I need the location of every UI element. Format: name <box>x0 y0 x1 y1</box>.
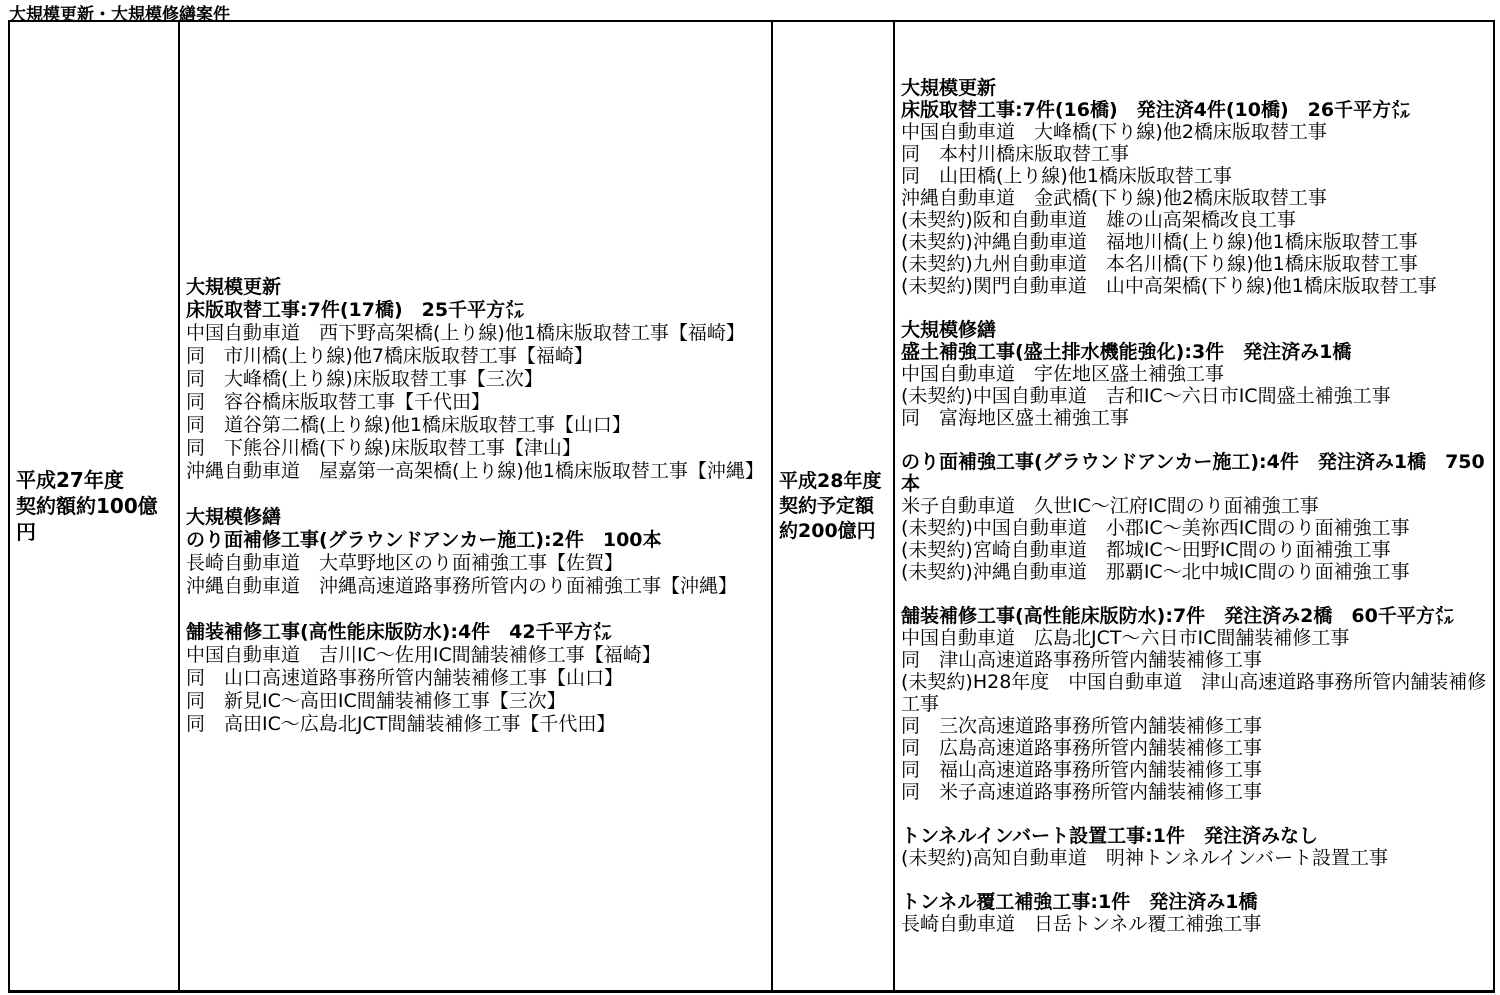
text-line <box>901 869 1488 891</box>
text-line: 米子自動車道 久世IC～江府IC間のり面補強工事 <box>901 495 1488 517</box>
text-line: 同 本村川橋床版取替工事 <box>901 143 1488 165</box>
text-line: (未契約)宮崎自動車道 都城IC～田野IC間のり面補強工事 <box>901 539 1488 561</box>
text-line: (未契約)高知自動車道 明神トンネルインバート設置工事 <box>901 847 1488 869</box>
section-heading-line: 大規模修繕 <box>901 319 1488 341</box>
text-line: 同 新見IC～高田IC間舗装補修工事【三次】 <box>186 690 766 713</box>
section-heading-line: のり面補強工事(グラウンドアンカー施工):4件 発注済み1橋 750本 <box>901 451 1488 495</box>
cell-h28-fiscal-year-label: 平成28年度契約予定額約200億円 <box>773 22 895 990</box>
text-line: 中国自動車道 宇佐地区盛土補強工事 <box>901 363 1488 385</box>
text-line: 沖縄自動車道 屋嘉第一高架橋(上り線)他1橋床版取替工事【沖縄】 <box>186 460 766 483</box>
text-line <box>901 803 1488 825</box>
text-line: 同 三次高速道路事務所管内舗装補修工事 <box>901 715 1488 737</box>
text-line: (未契約)沖縄自動車道 那覇IC～北中城IC間のり面補強工事 <box>901 561 1488 583</box>
section-heading-line: 大規模更新 <box>186 276 766 299</box>
text-line: 中国自動車道 広島北JCT～六日市IC間舗装補修工事 <box>901 627 1488 649</box>
text-line <box>901 297 1488 319</box>
text-line: 同 津山高速道路事務所管内舗装補修工事 <box>901 649 1488 671</box>
section-heading-line: 舗装補修工事(高性能床版防水):4件 42千平方㍍ <box>186 621 766 644</box>
section-heading-line: 契約額約100億円 <box>16 493 173 545</box>
cell-h27-fiscal-year-label: 平成27年度契約額約100億円 <box>10 22 180 990</box>
text-line: 同 富海地区盛土補強工事 <box>901 407 1488 429</box>
text-line: 同 高田IC～広島北JCT間舗装補修工事【千代田】 <box>186 713 766 736</box>
text-line <box>901 583 1488 605</box>
text-line: 同 米子高速道路事務所管内舗装補修工事 <box>901 781 1488 803</box>
text-line: 沖縄自動車道 沖縄高速道路事務所管内のり面補強工事【沖縄】 <box>186 575 766 598</box>
text-line <box>901 429 1488 451</box>
text-line: 同 山田橋(上り線)他1橋床版取替工事 <box>901 165 1488 187</box>
section-heading-line: トンネルインバート設置工事:1件 発注済みなし <box>901 825 1488 847</box>
text-line: (未契約)H28年度 中国自動車道 津山高速道路事務所管内舗装補修工事 <box>901 671 1488 715</box>
section-heading-line: トンネル覆工補強工事:1件 発注済み1橋 <box>901 891 1488 913</box>
section-heading-line: 平成27年度 <box>16 467 173 493</box>
text-line: 同 大峰橋(上り線)床版取替工事【三次】 <box>186 368 766 391</box>
text-line: (未契約)阪和自動車道 雄の山高架橋改良工事 <box>901 209 1488 231</box>
text-line: 中国自動車道 西下野高架橋(上り線)他1橋床版取替工事【福崎】 <box>186 322 766 345</box>
text-line: (未契約)関門自動車道 山中高架橋(下り線)他1橋床版取替工事 <box>901 275 1488 297</box>
text-line: (未契約)沖縄自動車道 福地川橋(上り線)他1橋床版取替工事 <box>901 231 1488 253</box>
text-line: 中国自動車道 吉川IC～佐用IC間舗装補修工事【福崎】 <box>186 644 766 667</box>
text-line <box>186 483 766 506</box>
section-heading-line: 大規模修繕 <box>186 506 766 529</box>
section-heading-line: 平成28年度 <box>779 469 888 494</box>
text-line: 長崎自動車道 日岳トンネル覆工補強工事 <box>901 913 1488 935</box>
text-line: 長崎自動車道 大草野地区のり面補強工事【佐賀】 <box>186 552 766 575</box>
section-heading-line: 舗装補修工事(高性能床版防水):7件 発注済み2橋 60千平方㍍ <box>901 605 1488 627</box>
section-heading-line: 契約予定額 <box>779 494 888 519</box>
text-line: 中国自動車道 大峰橋(下り線)他2橋床版取替工事 <box>901 121 1488 143</box>
section-heading-line: 床版取替工事:7件(16橋) 発注済4件(10橋) 26千平方㍍ <box>901 99 1488 121</box>
text-line: 同 容谷橋床版取替工事【千代田】 <box>186 391 766 414</box>
cell-h28-project-details: 大規模更新床版取替工事:7件(16橋) 発注済4件(10橋) 26千平方㍍中国自… <box>895 22 1493 990</box>
text-line: 同 道谷第二橋(上り線)他1橋床版取替工事【山口】 <box>186 414 766 437</box>
text-line: (未契約)九州自動車道 本名川橋(下り線)他1橋床版取替工事 <box>901 253 1488 275</box>
text-line: (未契約)中国自動車道 吉和IC～六日市IC間盛土補強工事 <box>901 385 1488 407</box>
text-line: 同 広島高速道路事務所管内舗装補修工事 <box>901 737 1488 759</box>
section-heading-line: 約200億円 <box>779 519 888 544</box>
section-heading-line: のり面補修工事(グラウンドアンカー施工):2件 100本 <box>186 529 766 552</box>
text-line: 同 市川橋(上り線)他7橋床版取替工事【福崎】 <box>186 345 766 368</box>
section-heading-line: 盛土補強工事(盛土排水機能強化):3件 発注済み1橋 <box>901 341 1488 363</box>
cell-h27-project-details: 大規模更新床版取替工事:7件(17橋) 25千平方㍍中国自動車道 西下野高架橋(… <box>180 22 773 990</box>
text-line <box>186 598 766 621</box>
text-line: 同 下熊谷川橋(下り線)床版取替工事【津山】 <box>186 437 766 460</box>
text-line: 同 山口高速道路事務所管内舗装補修工事【山口】 <box>186 667 766 690</box>
text-line: 同 福山高速道路事務所管内舗装補修工事 <box>901 759 1488 781</box>
projects-table: 平成27年度契約額約100億円 大規模更新床版取替工事:7件(17橋) 25千平… <box>8 20 1495 993</box>
section-heading-line: 大規模更新 <box>901 77 1488 99</box>
page: 大規模更新・大規模修繕案件 平成27年度契約額約100億円 大規模更新床版取替工… <box>0 0 1500 995</box>
section-heading-line: 床版取替工事:7件(17橋) 25千平方㍍ <box>186 299 766 322</box>
text-line: 沖縄自動車道 金武橋(下り線)他2橋床版取替工事 <box>901 187 1488 209</box>
text-line: (未契約)中国自動車道 小郡IC～美祢西IC間のり面補強工事 <box>901 517 1488 539</box>
